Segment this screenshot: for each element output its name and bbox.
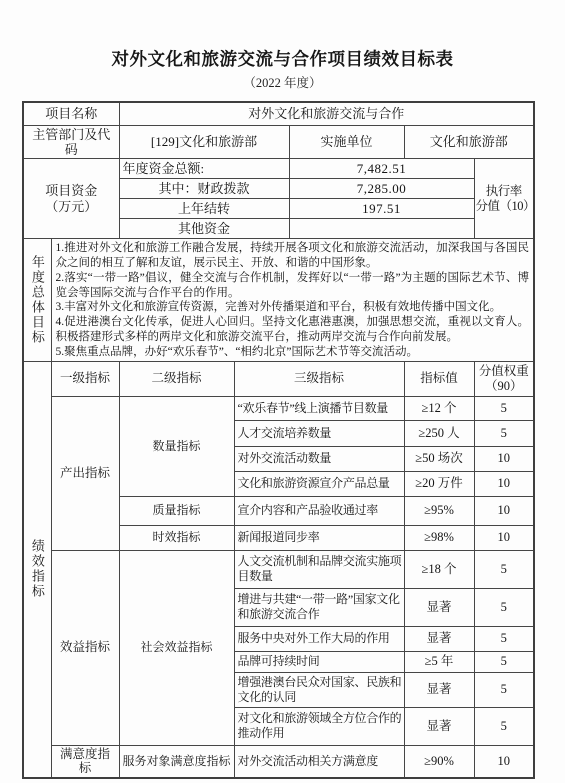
indicators-label-cell: 绩效指标 bbox=[23, 361, 51, 778]
indicator-name: 对外交流活动相关方满意度 bbox=[234, 745, 404, 778]
indicator-value: 显著 bbox=[404, 626, 474, 651]
funds-fiscal-value: 7,285.00 bbox=[289, 179, 474, 199]
indicator-weight: 5 bbox=[474, 396, 534, 420]
indicator-weight: 5 bbox=[474, 651, 534, 672]
indicator-value: ≥98% bbox=[404, 525, 474, 550]
indicator-weight: 10 bbox=[474, 446, 534, 471]
funds-fiscal-label: 其中：财政拨款 bbox=[119, 179, 289, 199]
lv2-quality: 质量指标 bbox=[119, 496, 234, 525]
lv2-quantity: 数量指标 bbox=[119, 396, 234, 496]
goal-item: 3.丰富对外文化和旅游宣传资源，完善对外传播渠道和平台，积极有效地传播中国文化。 bbox=[56, 300, 530, 315]
indicator-value: ≥5 年 bbox=[404, 651, 474, 672]
goal-item: 4.促进港澳台文化传承，促进人心回归。坚持文化惠港惠澳，加强思想交流，重视以文育… bbox=[56, 315, 530, 345]
indicator-weight: 5 bbox=[474, 588, 534, 626]
funds-carryover-label: 上年结转 bbox=[119, 199, 289, 219]
project-name-label: 项目名称 bbox=[23, 102, 119, 125]
indicator-name: 宣介内容和产品验收通过率 bbox=[234, 496, 404, 525]
header-weight: 分值权重 （90） bbox=[474, 361, 534, 396]
execution-rate-score-label: 执行率 分值（10） bbox=[474, 159, 534, 239]
indicator-value: ≥12 个 bbox=[404, 396, 474, 420]
lv2-service: 服务对象满意度指标 bbox=[119, 745, 234, 778]
funds-section-label: 项目资金 （万元） bbox=[23, 159, 119, 239]
indicator-name: 对文化和旅游领域全方位合作的推动作用 bbox=[234, 707, 404, 745]
performance-target-table: 项目名称 对外文化和旅游交流与合作 主管部门及代码 [129]文化和旅游部 实施… bbox=[22, 101, 535, 779]
indicator-name: 文化和旅游资源宣介产品总量 bbox=[234, 471, 404, 496]
indicator-value: ≥250 人 bbox=[404, 420, 474, 446]
document-title: 对外文化和旅游交流与合作项目绩效目标表 bbox=[0, 46, 565, 71]
indicator-weight: 10 bbox=[474, 745, 534, 778]
funds-row-total: 项目资金 （万元） 年度资金总额: 7,482.51 执行率 分值（10） bbox=[23, 159, 534, 179]
annual-goals-label-cell: 年度总体目标 bbox=[23, 239, 51, 361]
indicator-weight: 10 bbox=[474, 525, 534, 550]
indicator-row: 效益指标 社会效益指标 人文交流机制和品牌交流实施项目数量 ≥18 个 5 bbox=[23, 550, 534, 588]
funds-total-label: 年度资金总额: bbox=[119, 159, 289, 179]
indicator-name: 人文交流机制和品牌交流实施项目数量 bbox=[234, 550, 404, 588]
indicator-row: 产出指标 数量指标 “欢乐春节”线上演播节目数量 ≥12 个 5 bbox=[23, 396, 534, 420]
indicator-weight: 5 bbox=[474, 420, 534, 446]
implementing-unit-value: 文化和旅游部 bbox=[404, 125, 534, 159]
annual-goals-label: 年度总体目标 bbox=[30, 255, 45, 345]
indicator-weight: 5 bbox=[474, 626, 534, 651]
indicator-header-row: 绩效指标 一级指标 二级指标 三级指标 指标值 分值权重 （90） bbox=[23, 361, 534, 396]
indicator-weight: 10 bbox=[474, 471, 534, 496]
indicator-row: 满意度指标 服务对象满意度指标 对外交流活动相关方满意度 ≥90% 10 bbox=[23, 745, 534, 778]
lv1-benefit: 效益指标 bbox=[51, 550, 119, 745]
indicator-value: 显著 bbox=[404, 672, 474, 707]
indicator-name: 增强港澳台民众对国家、民族和文化的认同 bbox=[234, 672, 404, 707]
indicator-value: 显著 bbox=[404, 707, 474, 745]
indicator-value: ≥20 万件 bbox=[404, 471, 474, 496]
lv2-timeliness: 时效指标 bbox=[119, 525, 234, 550]
indicator-value: ≥50 场次 bbox=[404, 446, 474, 471]
indicator-weight: 10 bbox=[474, 496, 534, 525]
document-year-subtitle: （2022 年度） bbox=[0, 73, 565, 91]
project-name-value: 对外文化和旅游交流与合作 bbox=[119, 102, 534, 125]
implementing-unit-label: 实施单位 bbox=[289, 125, 404, 159]
goal-item: 1.推进对外文化和旅游工作融合发展，持续开展各项文化和旅游交流活动，加深我国与各… bbox=[56, 241, 530, 271]
indicator-weight: 5 bbox=[474, 672, 534, 707]
header-lv1: 一级指标 bbox=[51, 361, 119, 396]
funds-other-value bbox=[289, 219, 474, 239]
performance-target-document: 对外文化和旅游交流与合作项目绩效目标表 （2022 年度） 项目名称 对外文化和… bbox=[0, 0, 565, 783]
department-row: 主管部门及代码 [129]文化和旅游部 实施单位 文化和旅游部 bbox=[23, 125, 534, 159]
indicator-name: 新闻报道同步率 bbox=[234, 525, 404, 550]
indicator-name: 对外交流活动数量 bbox=[234, 446, 404, 471]
funds-total-value: 7,482.51 bbox=[289, 159, 474, 179]
header-lv2: 二级指标 bbox=[119, 361, 234, 396]
funds-carryover-value: 197.51 bbox=[289, 199, 474, 219]
indicator-value: ≥90% bbox=[404, 745, 474, 778]
goal-item: 2.落实“一带一路”倡议，健全交流与合作机制，发挥好以“一带一路”为主题的国际艺… bbox=[56, 271, 530, 301]
indicator-name: 增进与共建“一带一路”国家文化和旅游交流合作 bbox=[234, 588, 404, 626]
indicator-name: 品牌可持续时间 bbox=[234, 651, 404, 672]
indicator-value: 显著 bbox=[404, 588, 474, 626]
project-name-row: 项目名称 对外文化和旅游交流与合作 bbox=[23, 102, 534, 125]
lv2-social: 社会效益指标 bbox=[119, 550, 234, 745]
annual-goals-row: 年度总体目标 1.推进对外文化和旅游工作融合发展，持续开展各项文化和旅游交流活动… bbox=[23, 239, 534, 361]
lv1-satisfaction: 满意度指标 bbox=[51, 745, 119, 778]
department-label: 主管部门及代码 bbox=[23, 125, 119, 159]
department-code-value: [129]文化和旅游部 bbox=[119, 125, 289, 159]
goal-item: 5.聚焦重点品牌，办好“欢乐春节”、“相约北京”国际艺术节等交流活动。 bbox=[56, 345, 530, 360]
indicator-value: ≥18 个 bbox=[404, 550, 474, 588]
lv1-output: 产出指标 bbox=[51, 396, 119, 550]
indicator-value: ≥95% bbox=[404, 496, 474, 525]
annual-goals-text-cell: 1.推进对外文化和旅游工作融合发展，持续开展各项文化和旅游交流活动，加深我国与各… bbox=[51, 239, 534, 361]
indicator-name: 人才交流培养数量 bbox=[234, 420, 404, 446]
indicator-weight: 5 bbox=[474, 707, 534, 745]
header-value: 指标值 bbox=[404, 361, 474, 396]
funds-other-label: 其他资金 bbox=[119, 219, 289, 239]
indicator-name: “欢乐春节”线上演播节目数量 bbox=[234, 396, 404, 420]
indicator-name: 服务中央对外工作大局的作用 bbox=[234, 626, 404, 651]
indicator-weight: 5 bbox=[474, 550, 534, 588]
header-lv3: 三级指标 bbox=[234, 361, 404, 396]
indicators-label: 绩效指标 bbox=[30, 539, 45, 599]
